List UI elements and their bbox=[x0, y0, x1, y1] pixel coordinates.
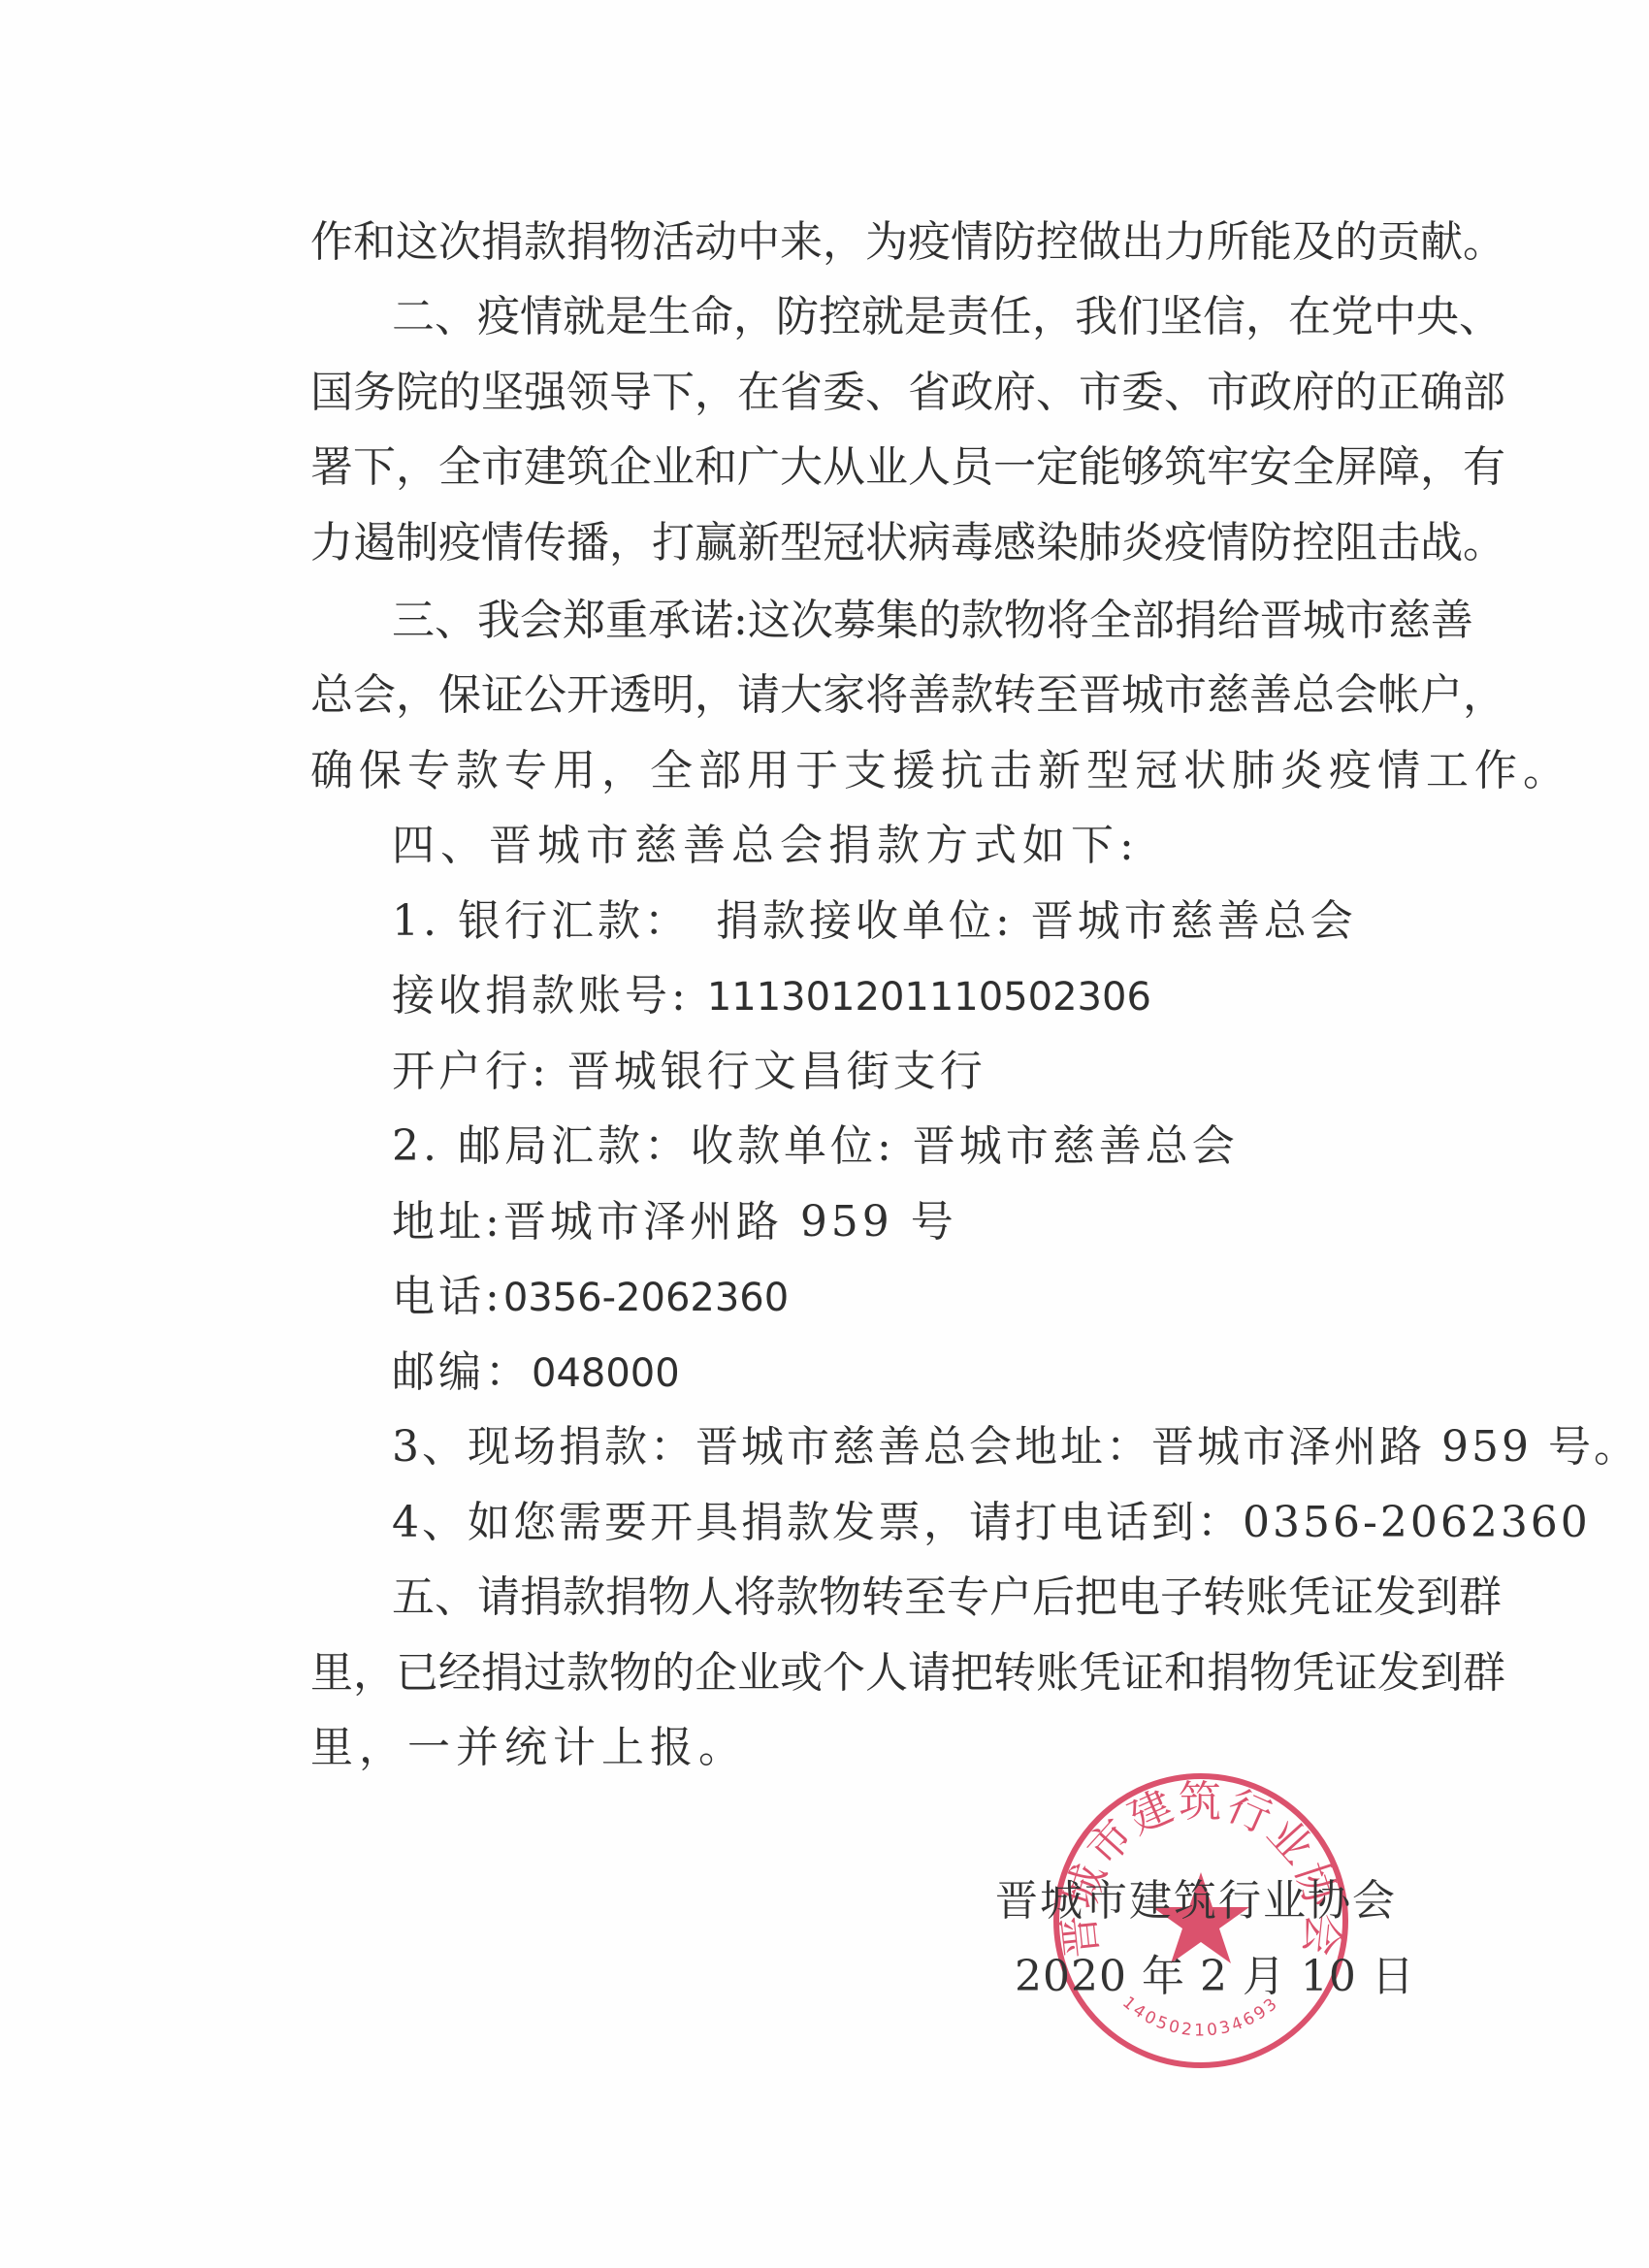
paragraph-3-line-3: 确保专款专用，全部用于支援抗击新型冠状肺炎疫情工作。 bbox=[310, 742, 1571, 800]
postal-address: 晋城市泽州路 959 号 bbox=[503, 1197, 957, 1247]
paragraph-3-line-2: 总会，保证公开透明，请大家将善款转至晋城市慈善总会帐户， bbox=[310, 666, 1421, 725]
postal-transfer-label: 2. 邮局汇款：收款单位: 晋城市慈善总会 bbox=[392, 1118, 1239, 1176]
postal-postcode-label: 邮编： bbox=[392, 1347, 532, 1397]
postal-postcode: 048000 bbox=[532, 1351, 680, 1396]
postal-phone-row: 电话:0356-2062360 bbox=[392, 1268, 789, 1326]
on-site-donation: 3、现场捐款：晋城市慈善总会地址：晋城市泽州路 959 号。 bbox=[392, 1418, 1639, 1476]
paragraph-2-line-2: 国务院的坚强领导下，在省委、省政府、市委、市政府的正确部 bbox=[310, 364, 1421, 422]
paragraph-4-heading: 四、晋城市慈善总会捐款方式如下: bbox=[392, 817, 1140, 875]
bank-name-row: 开户行: 晋城银行文昌街支行 bbox=[392, 1043, 986, 1101]
bank-transfer-label: 1. 银行汇款： 捐款接收单位: 晋城市慈善总会 bbox=[392, 892, 1357, 951]
signature-organization: 晋城市建筑行业协会 bbox=[995, 1872, 1397, 1930]
postal-postcode-row: 邮编：048000 bbox=[392, 1344, 680, 1402]
paragraph-5-line-3: 里，一并统计上报。 bbox=[310, 1719, 747, 1777]
bank-account-row: 接收捐款账号: 111301201110502306 bbox=[392, 967, 1151, 1025]
postal-address-label: 地址: bbox=[392, 1197, 503, 1247]
paragraph-3-line-1: 三、我会郑重承诺:这次募集的款物将全部捐给晋城市慈善 bbox=[392, 592, 1421, 650]
paragraph-2-line-4: 力遏制疫情传播，打赢新型冠状病毒感染肺炎疫情防控阻击战。 bbox=[310, 514, 1421, 572]
paragraph-2-line-3: 署下，全市建筑企业和广大从业人员一定能够筑牢安全屏障，有 bbox=[310, 438, 1421, 497]
postal-phone: 0356-2062360 bbox=[503, 1276, 789, 1320]
paragraph-5-line-1: 五、请捐款捐物人将款物转至专户后把电子转账凭证发到群 bbox=[392, 1569, 1421, 1627]
bank-name-label: 开户行: bbox=[392, 1047, 567, 1096]
signature-date: 2020 年 2 月 10 日 bbox=[1015, 1948, 1415, 2006]
bank-account-number: 111301201110502306 bbox=[707, 975, 1151, 1020]
bank-account-label: 接收捐款账号: bbox=[392, 971, 707, 1021]
invoice-request: 4、如您需要开具捐款发票，请打电话到：0356-2062360 bbox=[392, 1494, 1591, 1552]
paragraph-5-line-2: 里，已经捐过款物的企业或个人请把转账凭证和捐物凭证发到群 bbox=[310, 1644, 1421, 1702]
paragraph-1-tail: 作和这次捐款捐物活动中来，为疫情防控做出力所能及的贡献。 bbox=[310, 213, 1421, 272]
paragraph-2-line-1: 二、疫情就是生命，防控就是责任，我们坚信，在党中央、 bbox=[392, 288, 1421, 346]
bank-name: 晋城银行文昌街支行 bbox=[567, 1047, 986, 1096]
postal-phone-label: 电话: bbox=[392, 1272, 503, 1321]
document-page: 作和这次捐款捐物活动中来，为疫情防控做出力所能及的贡献。 二、疫情就是生命，防控… bbox=[0, 0, 1649, 2268]
postal-address-row: 地址:晋城市泽州路 959 号 bbox=[392, 1193, 957, 1251]
